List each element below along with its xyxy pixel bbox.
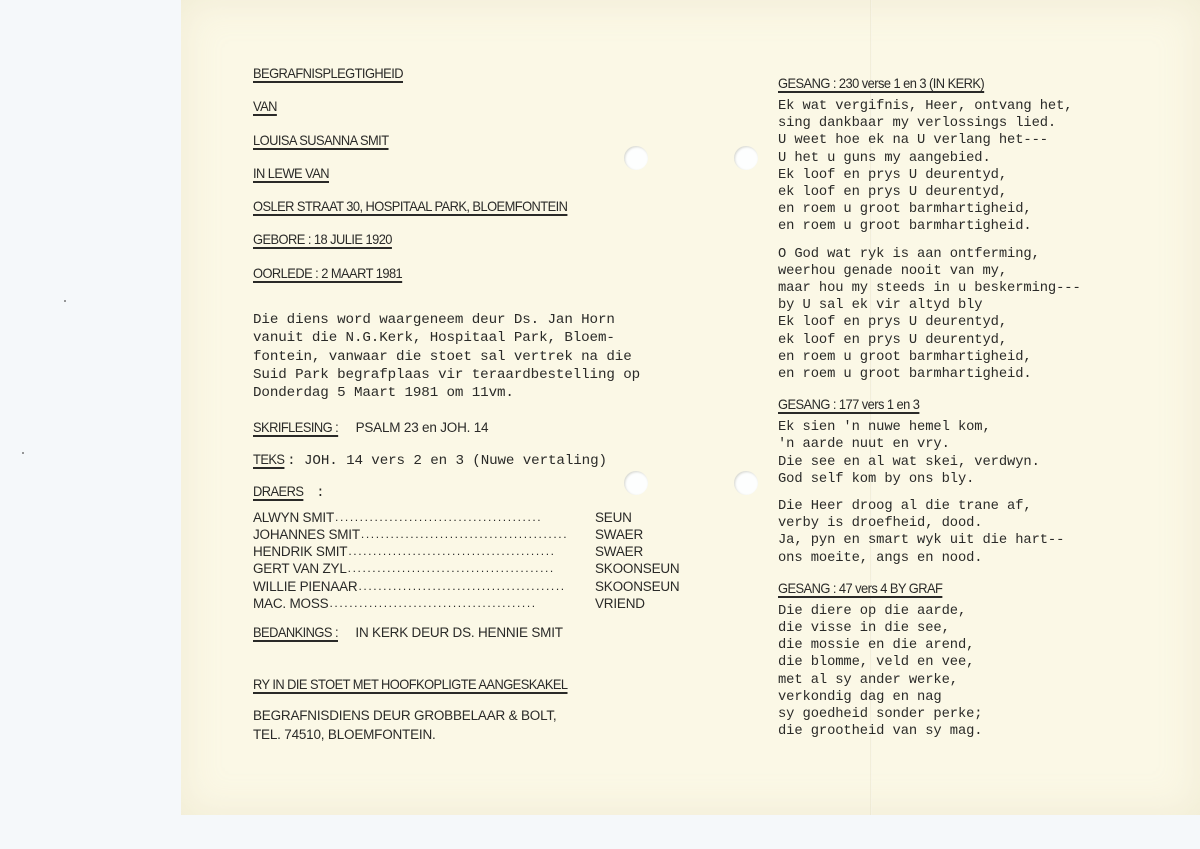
song-heading: GESANG : 230 verse 1 en 3 (IN KERK) <box>778 74 984 92</box>
procession-note-row: RY IN DIE STOET MET HOOFKOPLIGTE AANGESK… <box>253 676 673 694</box>
bearers-colon: : <box>308 485 325 501</box>
song-heading: GESANG : 177 vers 1 en 3 <box>778 395 919 413</box>
song-stanza: Ek sien 'n nuwe hemel kom, 'n aarde nuut… <box>778 419 1108 488</box>
song-stanza: O God wat ryk is aan ontferming, weerhou… <box>778 246 1108 384</box>
text-label: TEKS <box>253 451 284 467</box>
song-stanza: Die diere op die aarde, die visse in die… <box>778 603 1108 741</box>
right-page: GESANG : 230 verse 1 en 3 (IN KERK) Ek w… <box>778 74 1108 753</box>
program-title: BEGRAFNISPLEGTIGHEID <box>253 64 403 82</box>
address: OSLER STRAAT 30, HOSPITAAL PARK, BLOEMFO… <box>253 197 567 215</box>
procession-note: RY IN DIE STOET MET HOOFKOPLIGTE AANGESK… <box>253 676 568 692</box>
left-page: BEGRAFNISPLEGTIGHEID VAN LOUISA SUSANNA … <box>253 64 673 744</box>
thanks-label: BEDANKINGS : <box>253 624 338 640</box>
deceased-name: LOUISA SUSANNA SMIT <box>253 131 389 149</box>
punch-hole <box>734 471 758 495</box>
thanks: BEDANKINGS :IN KERK DEUR DS. HENNIE SMIT <box>253 624 673 642</box>
undertaker-info: BEGRAFNISDIENS DEUR GROBBELAAR & BOLT, T… <box>253 706 673 744</box>
song-47: GESANG : 47 vers 4 BY GRAF Die diere op … <box>778 579 1108 741</box>
scripture-reading: SKRIFLESING :PSALM 23 en JOH. 14 <box>253 419 673 437</box>
thanks-value: IN KERK DEUR DS. HENNIE SMIT <box>355 625 562 640</box>
song-177: GESANG : 177 vers 1 en 3 Ek sien 'n nuwe… <box>778 395 1108 567</box>
song-stanza: Ek wat vergifnis, Heer, ontvang het, sin… <box>778 98 1108 236</box>
scripture-value: PSALM 23 en JOH. 14 <box>356 420 489 435</box>
birth-date: GEBORE : 18 JULIE 1920 <box>253 230 392 248</box>
bearers-label: DRAERS <box>253 483 303 499</box>
bearers-heading: DRAERS : <box>253 483 673 501</box>
bearer-row: ALWYN SMIT .............................… <box>253 509 673 526</box>
sermon-text: TEKS: JOH. 14 vers 2 en 3 (Nuwe vertalin… <box>253 451 673 469</box>
dust-speck <box>22 452 24 454</box>
text-value: : JOH. 14 vers 2 en 3 (Nuwe vertaling) <box>287 453 607 469</box>
song-heading: GESANG : 47 vers 4 BY GRAF <box>778 579 942 597</box>
bearer-row: GERT VAN ZYL ...........................… <box>253 560 673 577</box>
bearer-row: MAC. MOSS ..............................… <box>253 595 673 612</box>
in-lewe-van-label: IN LEWE VAN <box>253 164 329 182</box>
dust-speck <box>64 300 66 302</box>
service-paragraph: Die diens word waargeneem deur Ds. Jan H… <box>253 311 673 402</box>
bearer-row: HENDRIK SMIT ...........................… <box>253 543 673 560</box>
scripture-label: SKRIFLESING : <box>253 419 338 435</box>
bearer-row: JOHANNES SMIT ..........................… <box>253 526 673 543</box>
punch-hole <box>734 146 758 170</box>
death-date: OORLEDE : 2 MAART 1981 <box>253 264 402 282</box>
song-230: GESANG : 230 verse 1 en 3 (IN KERK) Ek w… <box>778 74 1108 383</box>
van-label: VAN <box>253 97 277 115</box>
bearer-row: WILLIE PIENAAR .........................… <box>253 578 673 595</box>
song-stanza: Die Heer droog al die trane af, verby is… <box>778 498 1108 567</box>
bearers-list: ALWYN SMIT .............................… <box>253 509 673 613</box>
